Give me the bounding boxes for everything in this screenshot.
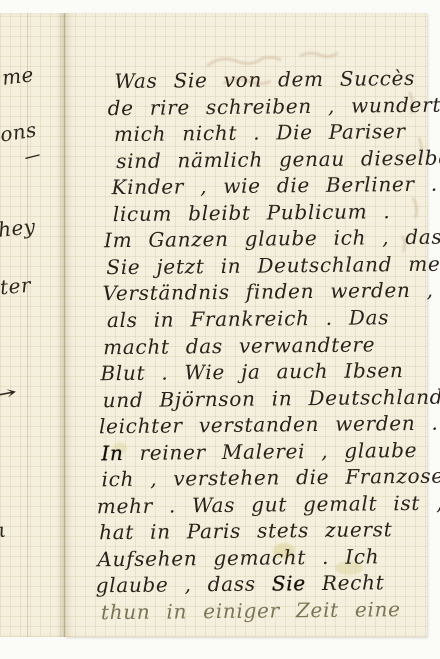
scanned-letter: meons—heyter→ι Was Sie von dem Succèsde …	[0, 0, 440, 659]
letter-line: und Björnson in Deutschland	[103, 385, 440, 413]
letter-line: Blut . Wie ja auch Ibsen	[100, 358, 403, 385]
letter-line: Verständnis finden werden ,	[102, 278, 433, 305]
letter-line: macht das verwandtere	[103, 332, 375, 359]
letter-text-segment: de rire schreiben , wundert	[108, 93, 440, 120]
letter-line: mehr . Was gut gemalt ist ,	[97, 491, 440, 519]
letter-body: Was Sie von dem Succèsde rire schreiben …	[0, 0, 440, 659]
letter-line: Kinder , wie die Berliner . Pub,	[111, 171, 440, 199]
letter-text-segment: mehr . Was gut gemalt ist ,	[97, 491, 440, 519]
letter-line: glaube , dass Sie Recht	[96, 570, 385, 597]
letter-text-segment: Blut . Wie ja auch Ibsen	[100, 358, 403, 385]
letter-text-segment: Verständnis finden werden ,	[102, 278, 433, 305]
letter-text-segment: licum bleibt Publicum .	[113, 199, 391, 226]
letter-line: Sie jetzt in Deutschland mehr	[106, 251, 440, 279]
letter-text-segment: thun in einiger Zeit eine	[101, 597, 401, 624]
letter-text-segment: Aufsehen gemacht . Ich	[97, 544, 379, 571]
letter-line: Aufsehen gemacht . Ich	[97, 544, 379, 571]
letter-text-segment: reiner Malerei , glaube	[123, 438, 417, 465]
letter-text-segment: Recht	[306, 570, 385, 595]
letter-line: In reiner Malerei , glaube	[101, 438, 417, 465]
letter-text-segment: und Björnson in Deutschland	[103, 385, 440, 413]
letter-text-segment: ich , verstehen die Franzosen	[101, 464, 440, 492]
letter-text-segment: glaube , dass	[96, 571, 272, 597]
letter-text-segment: mich nicht . Die Pariser	[114, 119, 406, 146]
letter-line: Im Ganzen glaube ich , dass	[104, 225, 440, 253]
letter-text-segment: macht das verwandtere	[103, 332, 375, 359]
letter-line: licum bleibt Publicum .	[113, 199, 391, 226]
letter-line: ich , verstehen die Franzosen	[101, 464, 440, 492]
letter-line: als in Frankreich . Das	[107, 305, 389, 332]
letter-line: mich nicht . Die Pariser	[114, 119, 406, 146]
letter-text-segment: leichter verstanden werden .	[99, 411, 439, 439]
letter-line: Was Sie von dem Succès	[114, 66, 415, 93]
letter-text-segment: als in Frankreich . Das	[107, 305, 389, 332]
letter-line: hat in Paris stets zuerst	[99, 517, 393, 544]
letter-text-segment: Was Sie von dem Succès	[114, 66, 415, 93]
letter-text-segment: Sie jetzt in Deutschland mehr	[106, 251, 440, 279]
letter-text-segment: Im Ganzen glaube ich , dass	[104, 225, 440, 253]
letter-text-segment: Kinder , wie die Berliner . Pub,	[111, 171, 440, 199]
letter-line: sind nämlich genau dieselben	[116, 145, 440, 173]
letter-text-segment: In	[101, 441, 123, 465]
letter-line: de rire schreiben , wundert	[108, 93, 440, 120]
letter-line: thun in einiger Zeit eine	[101, 597, 401, 624]
letter-text-segment: Sie	[272, 571, 306, 595]
letter-text-segment: sind nämlich genau dieselben	[116, 145, 440, 173]
letter-line: leichter verstanden werden .	[99, 411, 439, 439]
letter-text-segment: hat in Paris stets zuerst	[99, 517, 393, 544]
